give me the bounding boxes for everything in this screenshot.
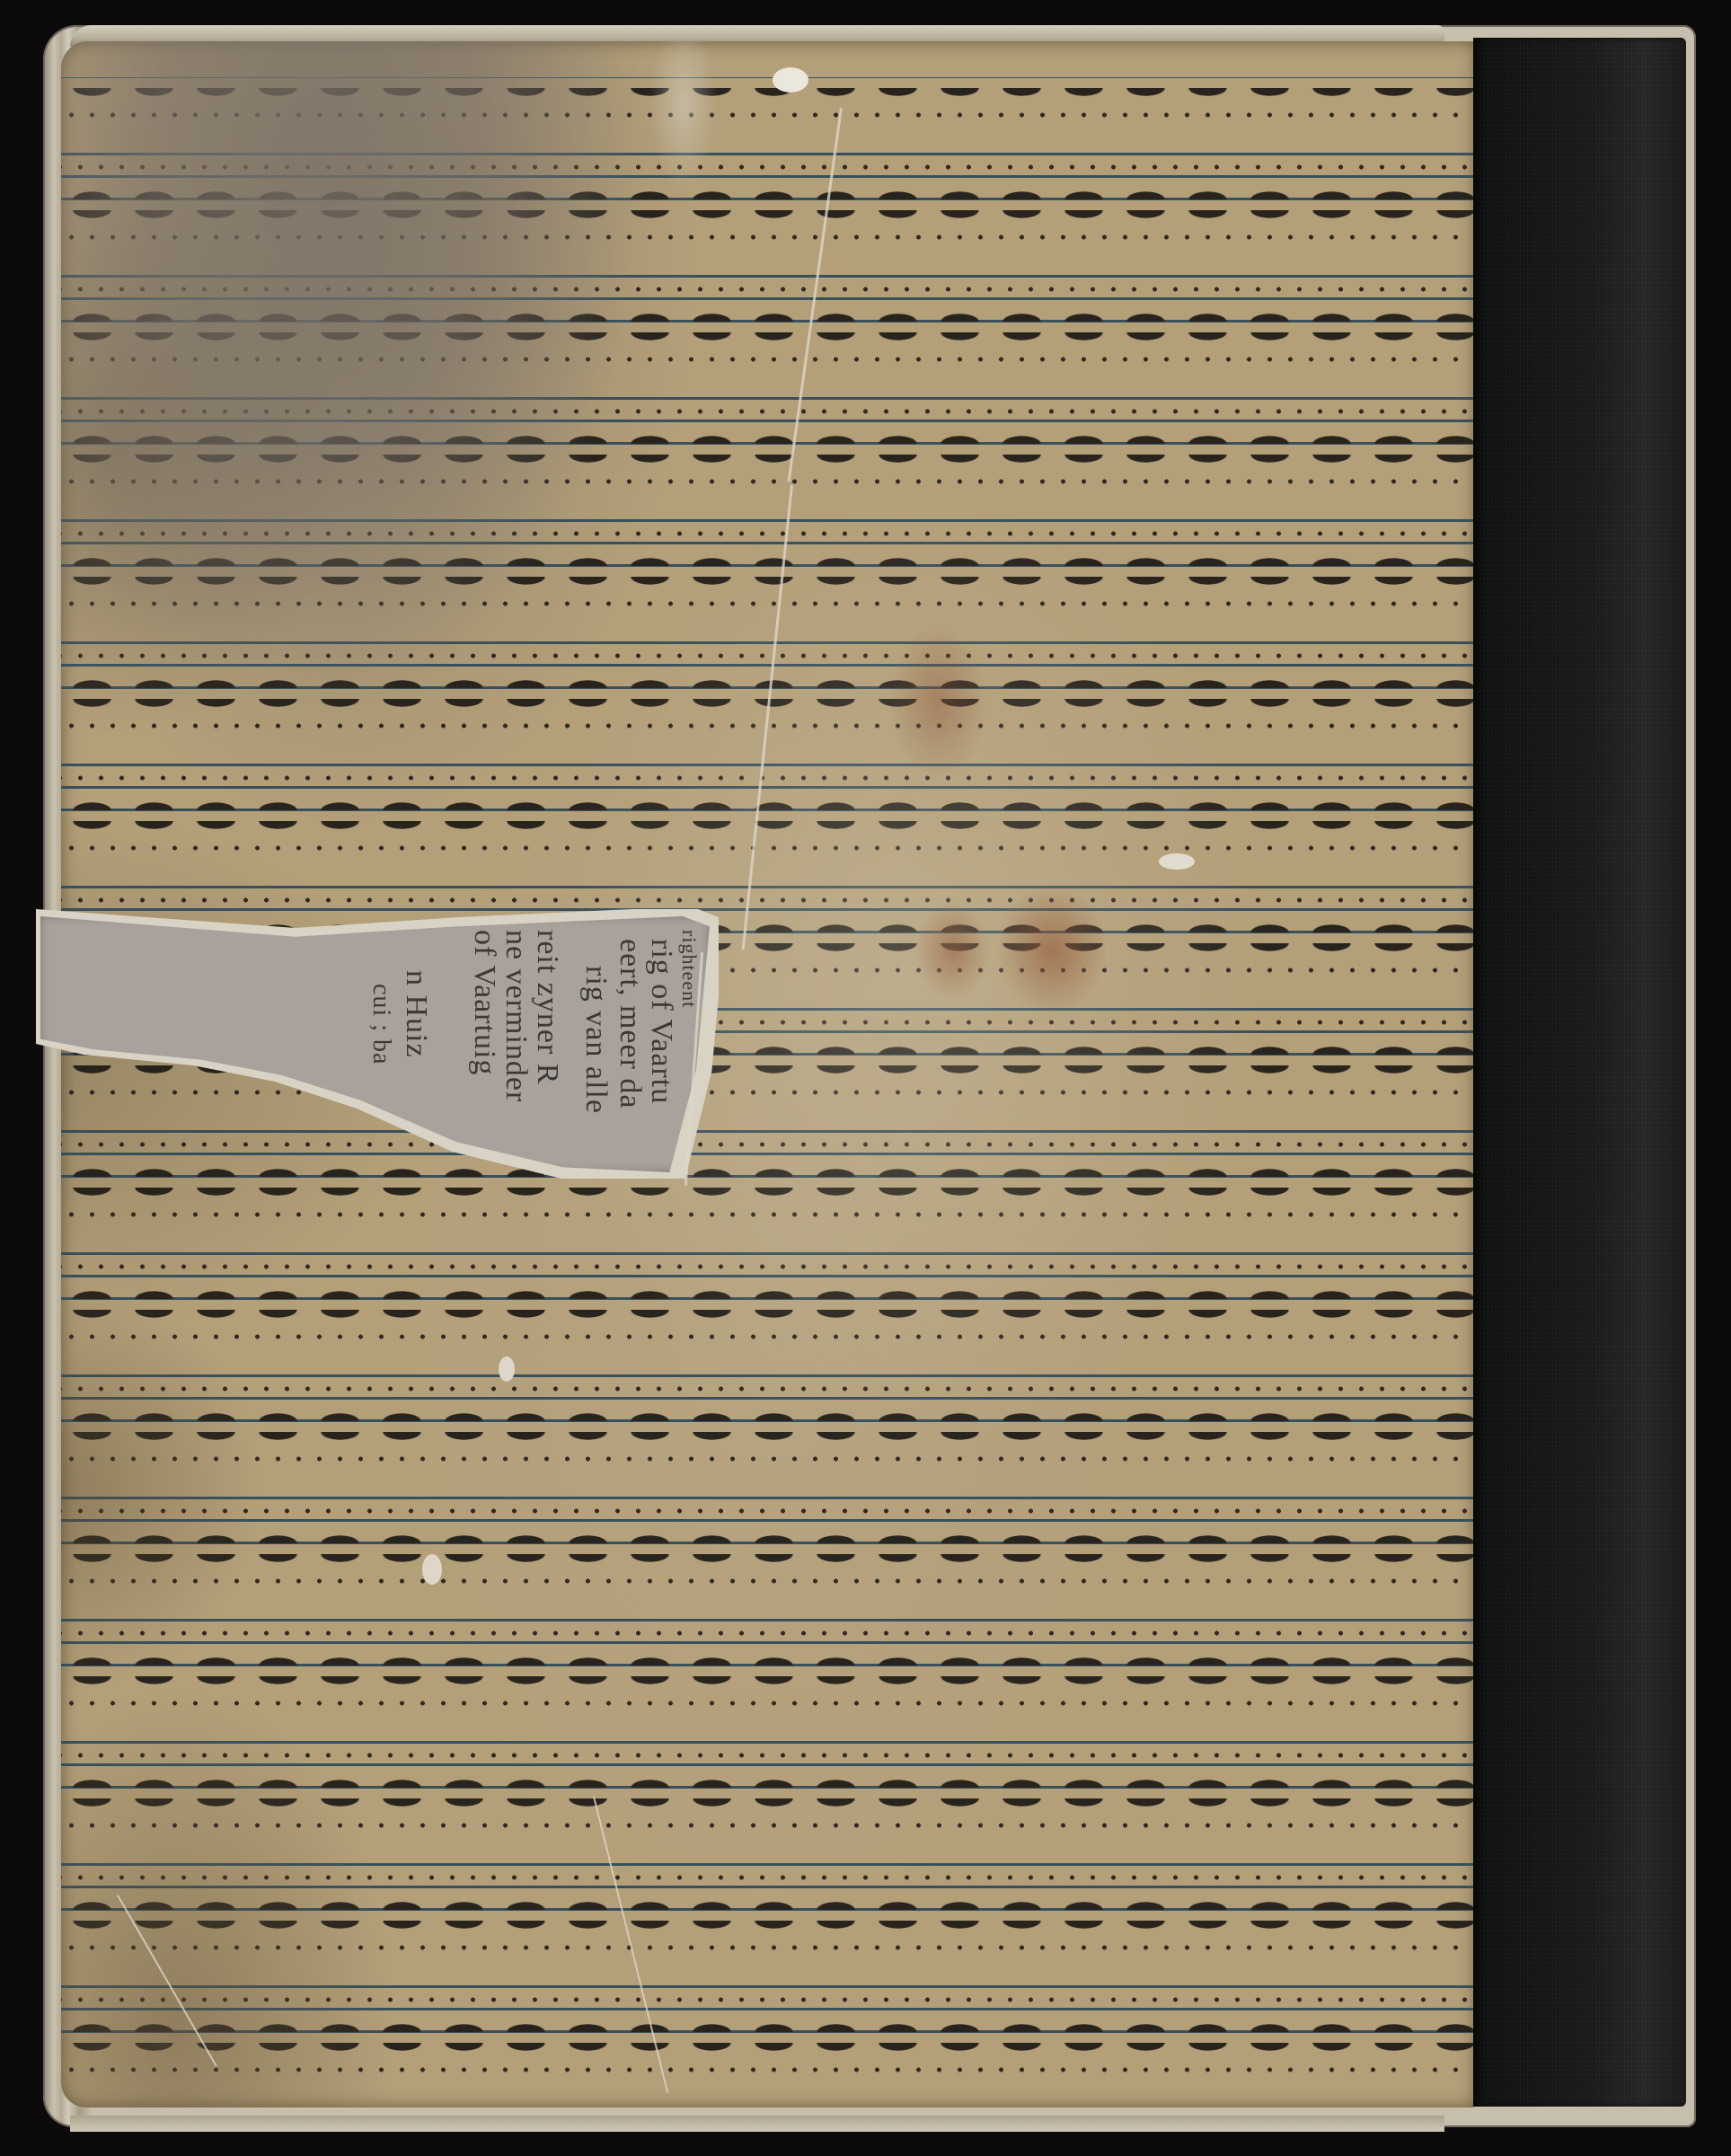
- decorative-paper-pattern: [61, 77, 1476, 2107]
- text-line: rig van alle: [578, 966, 613, 1114]
- text-line: n Huiz: [399, 970, 433, 1058]
- text-line: ne verminder: [499, 930, 533, 1102]
- text-line: cui ; ba: [367, 984, 395, 1065]
- text-line: rig of Vaartu: [644, 939, 678, 1104]
- text-line: reit zyner R: [530, 930, 564, 1085]
- text-line: of Vaartuig: [467, 930, 501, 1075]
- paper-loss-spot: [422, 1554, 442, 1585]
- paper-loss-spot: [1159, 853, 1195, 870]
- page-edge-bottom: [70, 2116, 1444, 2132]
- text-line: eert, meer da: [613, 939, 647, 1109]
- paper-loss-spot: [773, 67, 808, 93]
- printed-text-fragment: righteent rig of Vaartu eert, meer da ri…: [368, 930, 710, 1172]
- cloth-spine: [1473, 38, 1686, 2107]
- paper-loss-spot: [499, 1356, 515, 1382]
